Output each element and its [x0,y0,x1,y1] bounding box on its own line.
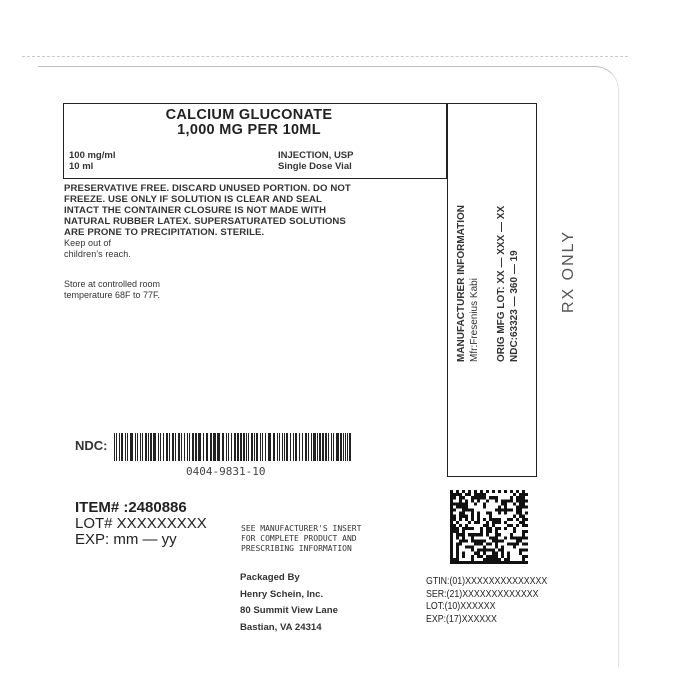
ndc-label: NDC: [75,438,108,453]
packager-line: 80 Summit View Lane [240,603,338,620]
product-name: CALCIUM GLUCONATE [134,108,364,123]
product-header-box: CALCIUM GLUCONATE 1,000 MG PER 10ML 100 … [63,103,447,179]
warnings-block: PRESERVATIVE FREE. DISCARD UNUSED PORTIO… [64,183,444,260]
gs1-serial: SER:(21)XXXXXXXXXXXXX [426,589,547,602]
insert-note: SEE MANUFACTURER'S INSERT FOR COMPLETE P… [241,524,361,554]
item-block: ITEM# :2480886 LOT# XXXXXXXXX EXP: mm — … [75,500,207,548]
manufacturer-ndc: NDC:63323 — 360 — 19 [509,250,521,362]
dosage-form: INJECTION, USP [278,150,354,161]
warning-line: INTACT THE CONTAINER CLOSURE IS NOT MADE… [64,205,444,216]
storage-line: temperature 68F to 77F. [64,290,160,301]
packager-line: Henry Schein, Inc. [240,587,338,604]
packager-line: Bastian, VA 24314 [240,620,338,637]
product-strength: 1,000 MG PER 10ML [134,123,364,138]
packager-line: Packaged By [240,570,338,587]
gs1-block: GTIN:(01)XXXXXXXXXXXXXX SER:(21)XXXXXXXX… [426,576,547,626]
concentration: 100 mg/ml [69,150,115,161]
warning-line: PRESERVATIVE FREE. DISCARD UNUSED PORTIO… [64,183,444,194]
orig-mfg-lot: ORIG MFG LOT: XX — XXX — XX [496,206,508,362]
dosage-form-block: INJECTION, USP Single Dose Vial [278,150,354,172]
gs1-lot: LOT:(10)XXXXXX [426,601,547,614]
concentration-block: 100 mg/ml 10 ml [69,150,115,172]
linear-barcode-icon [114,433,354,461]
manufacturer-heading: MANUFACTURER INFORMATION [456,205,468,362]
storage-line: Store at controlled room [64,279,160,290]
volume: 10 ml [69,161,115,172]
warning-line: ARE PRONE TO PRECIPITATION. STERILE. [64,227,444,238]
container-type: Single Dose Vial [278,161,354,172]
gs1-gtin: GTIN:(01)XXXXXXXXXXXXXX [426,576,547,589]
manufacturer-name: Mfr:Fresenius Kabi [469,278,481,362]
manufacturer-box: MANUFACTURER INFORMATION Mfr:Fresenius K… [447,103,537,477]
scan-edge-line [22,56,628,57]
lot-number: LOT# XXXXXXXXX [75,516,207,532]
item-number: ITEM# :2480886 [75,500,207,516]
packager-block: Packaged By Henry Schein, Inc. 80 Summit… [240,570,338,636]
expiration-date: EXP: mm — yy [75,532,207,548]
warning-line: NATURAL RUBBER LATEX. SUPERSATURATED SOL… [64,216,444,227]
product-title: CALCIUM GLUCONATE 1,000 MG PER 10ML [134,108,364,138]
datamatrix-code-icon [450,490,528,564]
storage-block: Store at controlled room temperature 68F… [64,279,160,301]
warning-line: FREEZE. USE ONLY IF SOLUTION IS CLEAR AN… [64,194,444,205]
insert-note-line: PRESCRIBING INFORMATION [241,544,361,554]
gs1-exp: EXP:(17)XXXXXX [426,614,547,627]
insert-note-line: FOR COMPLETE PRODUCT AND [241,534,361,544]
children-warning-line: Keep out of [64,238,444,249]
children-warning-line: children's reach. [64,249,444,260]
insert-note-line: SEE MANUFACTURER'S INSERT [241,524,361,534]
ndc-number: 0404-9831-10 [186,465,265,478]
rx-only-text: RX ONLY [560,230,578,313]
